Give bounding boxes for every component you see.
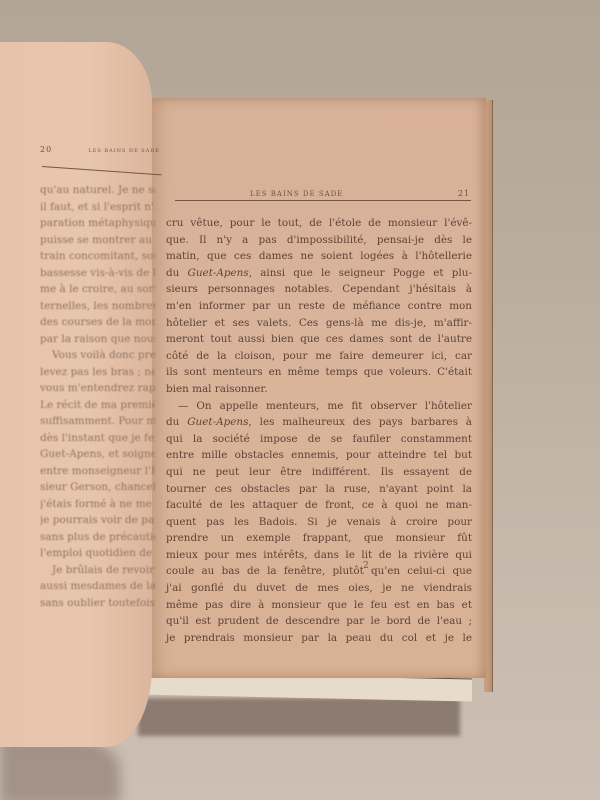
- text-line: tourner ces obstacles par la ruse, n'aya…: [166, 481, 472, 498]
- text-line: même pas dire à monsieur que le feu est …: [166, 597, 472, 614]
- text-line: mieux pour mes intérêts, dans le lit de …: [166, 547, 472, 564]
- text-line: vous m'entendrez rapporter: [40, 380, 155, 397]
- text-line: puisse se montrer au naturel: [40, 232, 155, 249]
- text-line: qui ne peut leur être indifférent. Ils e…: [166, 464, 472, 481]
- text-line: sieurs personnages notables. Cependant j…: [166, 281, 472, 298]
- text-line: du Guet-Apens, les malheureux des pays b…: [166, 414, 472, 431]
- text-line: quent pas les Badois. Si je venais à cro…: [166, 514, 472, 531]
- left-page-body: qu'au naturel. Je ne sais s'y preil faut…: [40, 182, 155, 611]
- text-line: matin, que ces dames ne soient logées à …: [166, 248, 472, 265]
- text-line: entre monseigneur l'Écuier: [40, 463, 155, 480]
- text-line: Le récit de ma première: [40, 397, 155, 414]
- book-shadow: [138, 698, 460, 736]
- text-line: j'étais formé à ne me pas: [40, 496, 155, 513]
- text-line: sans oublier toutefois la: [40, 595, 155, 612]
- text-line: hôtelier et ses valets. Ces gens-là me d…: [166, 315, 472, 332]
- right-page-body: cru vêtue, pour le tout, de l'étole de m…: [166, 215, 472, 646]
- text-line: m'en informer par un reste de méfiance c…: [166, 298, 472, 315]
- text-line: prendre un exemple frappant, que monsieu…: [166, 530, 472, 547]
- text-line: Guet-Apens, et soigneusement: [40, 446, 155, 463]
- text-line: Vous voilà donc pressés, m: [40, 347, 155, 364]
- text-line: qu'au naturel. Je ne sais s'y pre: [40, 182, 155, 199]
- text-line: Je brûlais de revoir la: [40, 562, 155, 579]
- text-line: dès l'instant que je fermai: [40, 430, 155, 447]
- text-line: paration métaphysique par un: [40, 215, 155, 232]
- text-line: me à le croire, au sortir à l'é: [40, 281, 155, 298]
- text-line: entre mille obstacles ennemis, pour atte…: [166, 447, 472, 464]
- text-line: aussi mesdames de la Tour: [40, 578, 155, 595]
- running-head: LES BAINS DE SADE: [88, 148, 160, 154]
- text-line: du Guet-Apens, ainsi que le seigneur Pog…: [166, 265, 472, 282]
- text-line: par la raison que nous sommes: [40, 331, 155, 348]
- text-line: je pourrais voir de par: [40, 512, 155, 529]
- text-line: train concomitant, son pays: [40, 248, 155, 265]
- text-line: je prendrais monsieur par la peau du col…: [166, 630, 472, 647]
- text-line: suffisamment. Pour moi, je: [40, 413, 155, 430]
- text-line: qu'il est prudent de descendre par le bo…: [166, 613, 472, 630]
- photo-scene: LES BAINS DE SADE 21 cru vêtue, pour le …: [0, 0, 600, 800]
- text-line: qui la société impose de se faufiler con…: [166, 431, 472, 448]
- text-line: meront tout aussi bien que ces dames son…: [166, 331, 472, 348]
- text-line: levez pas les bras ; ne cra pa: [40, 364, 155, 381]
- text-line: coule au bas de la fenêtre, plutôt qu'en…: [166, 563, 472, 580]
- text-line: j'ai gonflé du duvet de mes oies, je ne …: [166, 580, 472, 597]
- text-line: ternelles, les nombreux préjugés: [40, 298, 155, 315]
- text-line: bassesse vis-à-vis de la nature: [40, 265, 155, 282]
- text-line: que. Il n'y a pas d'impossibilité, pensa…: [166, 232, 472, 249]
- right-page-header: LES BAINS DE SADE 21: [250, 189, 470, 198]
- text-line: il faut, et si l'esprit n'a pas de: [40, 199, 155, 216]
- text-line: sieur Gerson, chancelier: [40, 479, 155, 496]
- header-rule: [175, 200, 471, 201]
- text-line: faculté de les attaquer de front, ce à q…: [166, 497, 472, 514]
- text-line: — On appelle menteurs, me fit observer l…: [166, 398, 472, 415]
- text-line: ils sont menteurs en même temps que vole…: [166, 364, 472, 381]
- left-page-header: 20 LES BAINS DE SADE: [40, 145, 160, 154]
- text-line: cru vêtue, pour le tout, de l'étole de m…: [166, 215, 472, 232]
- page-number: 20: [40, 145, 52, 154]
- signature-mark: 2: [363, 561, 369, 571]
- text-line: côté de la cloison, pour me faire demeur…: [166, 348, 472, 365]
- text-line: l'emploi quotidien de ma: [40, 545, 155, 562]
- running-head: LES BAINS DE SADE: [250, 190, 343, 198]
- text-line: des courses de la mortalité: [40, 314, 155, 331]
- text-line: bien mal raisonner.: [166, 381, 472, 398]
- page-number: 21: [458, 189, 470, 198]
- text-line: sans plus de précautions: [40, 529, 155, 546]
